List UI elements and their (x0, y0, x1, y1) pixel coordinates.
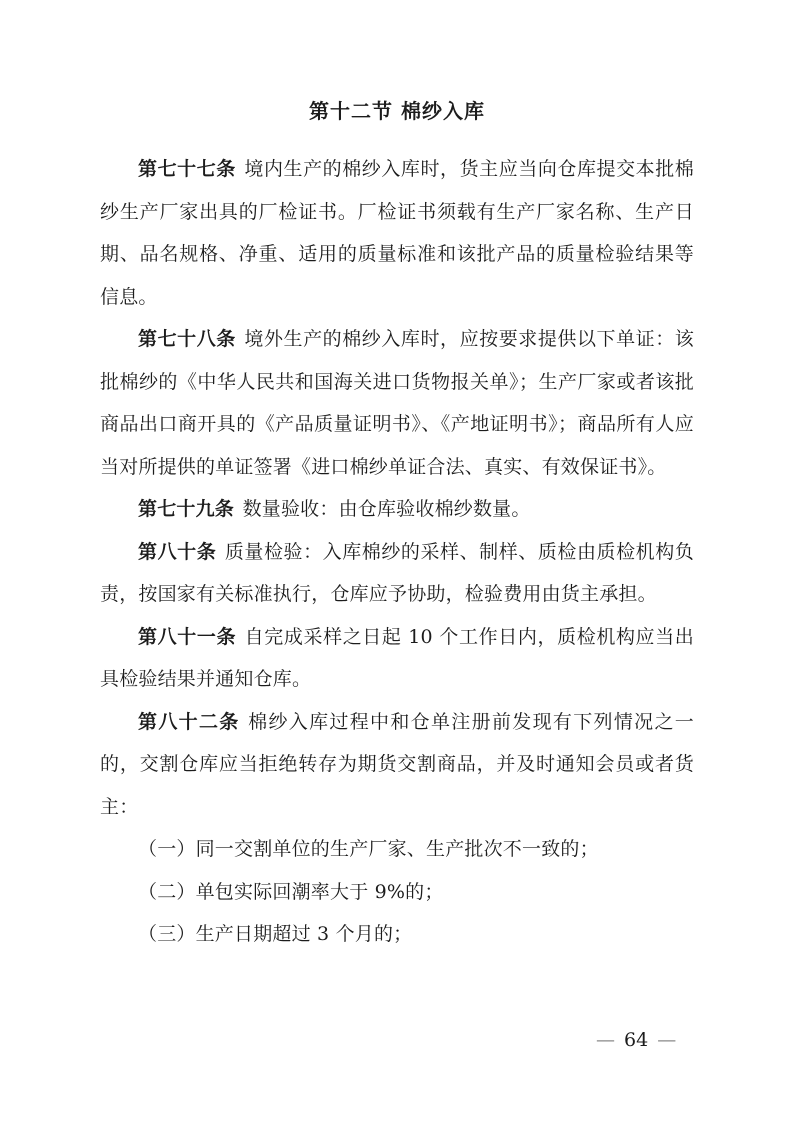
article-82-label: 第八十二条 (138, 711, 240, 733)
document-page: 第十二节 棉纱入库 第七十七条境内生产的棉纱入库时，货主应当向仓库提交本批棉纱生… (0, 0, 793, 1122)
page-number: —64— (596, 1028, 676, 1052)
paragraph-article-77: 第七十七条境内生产的棉纱入库时，货主应当向仓库提交本批棉纱生产厂家出具的厂检证书… (100, 148, 694, 318)
article-79-text: 数量验收：由仓库验收棉纱数量。 (243, 498, 531, 520)
article-79-label: 第七十九条 (138, 498, 234, 520)
article-81-label: 第八十一条 (138, 626, 236, 648)
page-number-value: 64 (615, 1029, 657, 1051)
paragraph-article-78: 第七十八条境外生产的棉纱入库时，应按要求提供以下单证：该批棉纱的《中华人民共和国… (100, 318, 694, 488)
paragraph-article-80: 第八十条质量检验：入库棉纱的采样、制样、质检由质检机构负责，按国家有关标准执行，… (100, 531, 694, 616)
article-80-label: 第八十条 (138, 541, 216, 563)
list-item-2-text: （二）单包实际回潮率大于 9%的； (138, 881, 444, 903)
page-number-dash-left: — (596, 1029, 615, 1051)
article-78-text: 境外生产的棉纱入库时，应按要求提供以下单证：该批棉纱的《中华人民共和国海关进口货… (100, 328, 694, 478)
list-item-3: （三）生产日期超过 3 个月的； (100, 913, 694, 956)
list-item-2: （二）单包实际回潮率大于 9%的； (100, 871, 694, 914)
section-title: 第十二节 棉纱入库 (100, 96, 694, 126)
list-item-3-text: （三）生产日期超过 3 个月的； (138, 923, 412, 945)
article-78-label: 第七十八条 (138, 328, 236, 350)
paragraph-article-81: 第八十一条自完成采样之日起 10 个工作日内，质检机构应当出具检验结果并通知仓库… (100, 616, 694, 701)
article-77-label: 第七十七条 (138, 158, 236, 180)
document-content: 第十二节 棉纱入库 第七十七条境内生产的棉纱入库时，货主应当向仓库提交本批棉纱生… (100, 96, 694, 956)
article-77-text: 境内生产的棉纱入库时，货主应当向仓库提交本批棉纱生产厂家出具的厂检证书。厂检证书… (100, 158, 694, 308)
list-item-1: （一）同一交割单位的生产厂家、生产批次不一致的； (100, 828, 694, 871)
list-item-1-text: （一）同一交割单位的生产厂家、生产批次不一致的； (138, 838, 599, 860)
page-number-dash-right: — (657, 1029, 676, 1051)
paragraph-article-79: 第七十九条数量验收：由仓库验收棉纱数量。 (100, 488, 694, 531)
paragraph-article-82: 第八十二条棉纱入库过程中和仓单注册前发现有下列情况之一的，交割仓库应当拒绝转存为… (100, 701, 694, 829)
